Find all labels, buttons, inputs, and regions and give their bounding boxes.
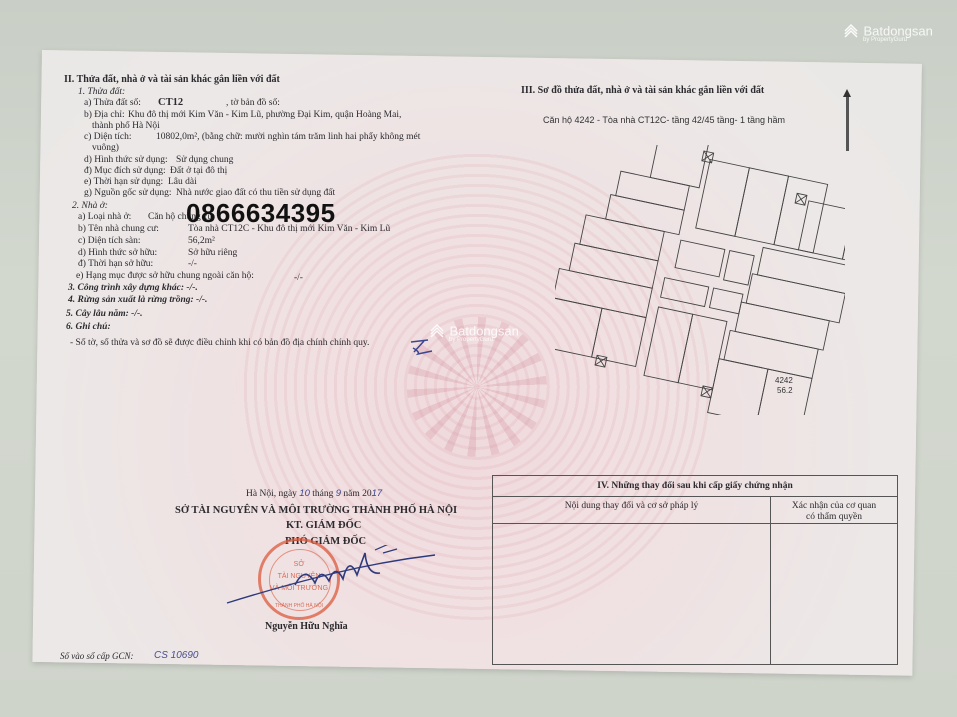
col2-header-line2: có thẩm quyền <box>771 512 897 523</box>
signer-name: Nguyễn Hữu Nghĩa <box>265 621 348 632</box>
unit-area-label: 56.2 <box>777 386 793 395</box>
origin-label: g) Nguồn gốc sử dụng: <box>84 188 171 198</box>
purpose-label: đ) Mục đích sử dụng: <box>84 166 166 176</box>
term-label: e) Thời hạn sử dụng: <box>84 177 163 187</box>
use-form-label: d) Hình thức sử dụng: <box>84 155 168 165</box>
gcn-value: CS 10690 <box>154 650 198 661</box>
perennial-trees: 5. Cây lâu năm: -/-. <box>66 309 143 319</box>
own-term-value: -/- <box>188 259 197 269</box>
section4-title: IV. Những thay đổi sau khi cấp giấy chứn… <box>493 476 897 497</box>
floor-area-label: c) Diện tích sàn: <box>78 236 141 246</box>
address-line1: Khu đô thị mới Kim Văn - Kim Lũ, phường … <box>128 110 401 120</box>
section2-title: II. Thửa đất, nhà ở và tài sản khác gắn … <box>64 74 280 85</box>
changes-content-column: Nội dung thay đổi và cơ sở pháp lý <box>493 497 771 664</box>
area-line1: 10802,0m², (bằng chữ: mười nghìn tám tră… <box>156 132 420 142</box>
batdongsan-logo-icon <box>843 23 859 39</box>
handwritten-signature-icon <box>225 545 445 615</box>
date-year-suffix: 17 <box>372 488 383 499</box>
land-heading: 1. Thửa đất: <box>78 87 125 97</box>
date-prefix: Hà Nội, ngày <box>246 489 297 499</box>
section3-title: III. Sơ đồ thửa đất, nhà ở và tài sản kh… <box>521 85 764 96</box>
watermark-center: Batdongsan by PropertyGuru <box>429 322 519 343</box>
parcel-label: a) Thửa đất số: <box>84 98 141 108</box>
house-type-label: a) Loại nhà ở: <box>78 212 131 222</box>
map-sheet-label: , tờ bản đồ số: <box>226 98 280 108</box>
term-value: Lâu dài <box>168 177 197 187</box>
purpose-value: Đất ở tại đô thị <box>170 166 227 176</box>
ownership-label: d) Hình thức sở hữu: <box>78 248 157 258</box>
date-day: 10 <box>299 488 310 499</box>
other-construction: 3. Công trình xây dựng khác: -/-. <box>68 283 198 293</box>
signing-date: Hà Nội, ngày 10 tháng 9 năm 2017 <box>246 488 382 499</box>
changes-table: IV. Những thay đổi sau khi cấp giấy chứn… <box>492 475 898 665</box>
area-line2: vuông) <box>92 143 119 153</box>
address-label: b) Địa chỉ: <box>84 110 125 120</box>
house-heading: 2. Nhà ở: <box>72 201 108 211</box>
floor-area-value: 56,2m² <box>188 236 215 246</box>
gcn-label: Số vào sổ cấp GCN: <box>60 651 134 661</box>
unit-number-label: 4242 <box>775 376 793 385</box>
notes-heading: 6. Ghi chú: <box>66 322 111 332</box>
date-month: 9 <box>336 488 341 499</box>
watermark-top-right: Batdongsan by PropertyGuru <box>843 22 933 43</box>
own-term-label: đ) Thời hạn sở hữu: <box>78 259 153 269</box>
parcel-value: CT12 <box>158 97 183 108</box>
ownership-value: Sở hữu riêng <box>188 248 237 258</box>
floorplan-caption: Căn hộ 4242 - Tòa nhà CT12C- tầng 42/45 … <box>543 115 785 125</box>
overlay-phone-number: 0866634395 <box>186 198 336 229</box>
issuing-agency: SỞ TÀI NGUYÊN VÀ MÔI TRƯỜNG THÀNH PHỐ HÀ… <box>175 505 457 516</box>
col2-header-line1: Xác nhận của cơ quan <box>771 501 897 512</box>
shared-label: e) Hạng mục được sở hữu chung ngoài căn … <box>76 271 254 281</box>
north-arrow-icon <box>846 95 849 151</box>
use-form-value: Sử dụng chung <box>176 155 233 165</box>
address-line2: thành phố Hà Nội <box>92 121 160 131</box>
col1-header: Nội dung thay đổi và cơ sở pháp lý <box>493 497 770 524</box>
col2-header: Xác nhận của cơ quan có thẩm quyền <box>771 497 897 524</box>
origin-value: Nhà nước giao đất có thu tiền sử dụng đấ… <box>176 188 335 198</box>
forest: 4. Rừng sản xuất là rừng trồng: -/-. <box>68 295 207 305</box>
building-label: b) Tên nhà chung cư: <box>78 224 159 234</box>
date-month-label: tháng <box>312 489 333 499</box>
shared-value: -/- <box>294 273 303 283</box>
authority-confirmation-column: Xác nhận của cơ quan có thẩm quyền <box>771 497 897 664</box>
area-label: c) Diện tích: <box>84 132 131 142</box>
date-year-label: năm 20 <box>343 489 371 499</box>
batdongsan-logo-icon <box>429 323 445 339</box>
notes-text: - Số tờ, số thửa và sơ đồ sẽ được điều c… <box>70 338 369 348</box>
on-behalf-title: KT. GIÁM ĐỐC <box>286 520 361 531</box>
floorplan-diagram: 4242 56.2 <box>555 145 845 415</box>
